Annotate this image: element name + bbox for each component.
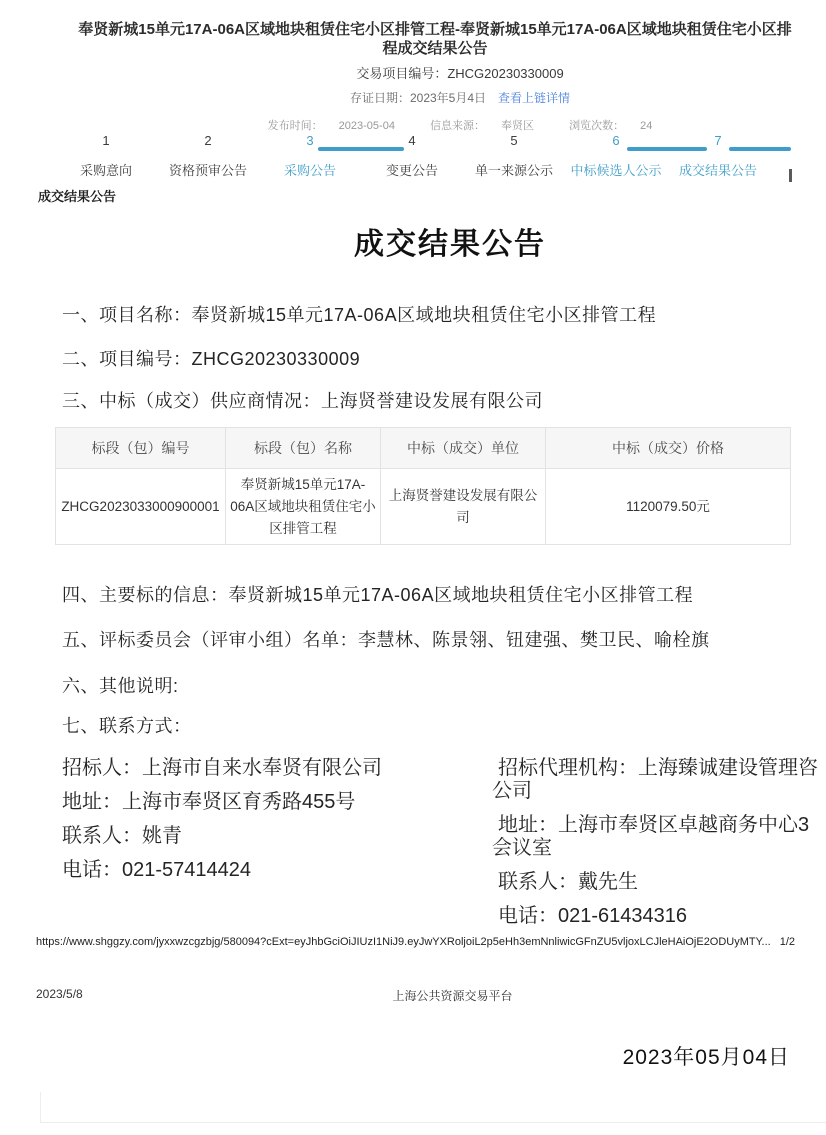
step-single-source: 5 单一来源公示 xyxy=(463,133,565,179)
agency-contact-block: 招标代理机构：上海臻诚建设管理咨 公司 地址：上海市奉贤区卓越商务中心3 会议室… xyxy=(492,757,826,928)
cert-date-row: 存证日期：2023年5月4日查看上链详情 xyxy=(0,89,826,106)
section-contact-info: 七、联系方式： xyxy=(62,712,192,738)
step-label: 单一来源公示 xyxy=(463,160,565,179)
step-label: 变更公告 xyxy=(361,160,463,179)
agency-name-line2: 公司 xyxy=(492,780,826,803)
announcement-date: 2023年05月04日 xyxy=(0,1041,790,1071)
agency-name-line1: 招标代理机构：上海臻诚建设管理咨 xyxy=(492,757,826,780)
agency-address-line1: 地址：上海市奉贤区卓越商务中心3 xyxy=(492,814,826,837)
cell-lot-number: ZHCG2023033000900001 xyxy=(56,469,226,545)
project-number-value: ZHCG20230330009 xyxy=(447,66,563,81)
cert-date-label: 存证日期： xyxy=(350,91,410,105)
column-header-winner: 中标（成交）单位 xyxy=(381,428,546,469)
section-project-name: 一、项目名称：奉贤新城15单元17A-06A区域地块租赁住宅小区排管工程 xyxy=(62,301,656,327)
project-number-label: 交易项目编号： xyxy=(356,66,447,81)
step-label: 采购公告 xyxy=(259,160,361,179)
cell-winner: 上海贤誉建设发展有限公司 xyxy=(381,469,546,545)
step-number: 2 xyxy=(157,133,259,149)
section-other-notes: 六、其他说明: xyxy=(62,672,179,698)
step-label: 成交结果公告 xyxy=(667,160,769,179)
award-result-table: 标段（包）编号 标段（包）名称 中标（成交）单位 中标（成交）价格 ZHCG20… xyxy=(55,427,791,545)
publish-info-row: 发布时间：2023-05-04 信息来源：奉贤区 浏览次数：24 xyxy=(0,117,826,133)
next-page-border-horizontal xyxy=(40,1122,826,1123)
cell-lot-name: 奉贤新城15单元17A-06A区域地块租赁住宅小区排管工程 xyxy=(226,469,381,545)
page-title: 成交结果公告 xyxy=(0,219,826,263)
tenderer-name: 招标人：上海市自来水奉贤有限公司 xyxy=(62,757,382,780)
project-number-row: 交易项目编号：ZHCG20230330009 xyxy=(0,63,826,82)
tenderer-contact-block: 招标人：上海市自来水奉贤有限公司 地址：上海市奉贤区育秀路455号 联系人：姚青… xyxy=(62,757,382,893)
agency-phone: 电话：021-61434316 xyxy=(492,905,826,928)
clipped-step-fragment xyxy=(789,169,792,182)
step-connector-line xyxy=(729,147,791,151)
step-purchase-intent: 1 采购意向 xyxy=(55,133,157,179)
step-prequalification: 2 资格预审公告 xyxy=(157,133,259,179)
table-row: ZHCG2023033000900001 奉贤新城15单元17A-06A区域地块… xyxy=(56,469,791,545)
cert-date-value: 2023年5月4日 xyxy=(410,91,486,105)
section-winning-supplier: 三、中标（成交）供应商情况：上海贤誉建设发展有限公司 xyxy=(62,387,543,413)
document-title: 奉贤新城15单元17A-06A区域地块租赁住宅小区排管工程-奉贤新城15单元17… xyxy=(0,20,826,58)
table-header-row: 标段（包）编号 标段（包）名称 中标（成交）单位 中标（成交）价格 xyxy=(56,428,791,469)
column-header-lot-name: 标段（包）名称 xyxy=(226,428,381,469)
step-candidate-publicity[interactable]: 6 中标候选人公示 xyxy=(565,133,667,179)
step-procurement-notice[interactable]: 3 采购公告 xyxy=(259,133,361,179)
agency-contact-person: 联系人：戴先生 xyxy=(492,871,826,894)
next-page-border-vertical xyxy=(40,1092,41,1122)
page-indicator: 1/2 xyxy=(780,936,795,948)
section-evaluation-committee: 五、评标委员会（评审小组）名单：李慧林、陈景翎、钮建强、樊卫民、喻栓旗 xyxy=(62,626,710,652)
document-title-line2: 程成交结果公告 xyxy=(0,39,826,58)
info-source: 信息来源：奉贤区 xyxy=(422,120,542,132)
view-chain-link[interactable]: 查看上链详情 xyxy=(498,91,570,105)
step-number: 1 xyxy=(55,133,157,149)
section-project-number: 二、项目编号：ZHCG20230330009 xyxy=(62,345,360,371)
step-label: 资格预审公告 xyxy=(157,160,259,179)
tenderer-phone: 电话：021-57414424 xyxy=(62,859,382,882)
tenderer-contact-person: 联系人：姚青 xyxy=(62,825,382,848)
announcement-page: { "colors": { "accent": "#3f9ec9", "link… xyxy=(0,0,826,1135)
column-header-lot-number: 标段（包）编号 xyxy=(56,428,226,469)
step-connector-line xyxy=(318,147,404,151)
section-subject-info: 四、主要标的信息：奉贤新城15单元17A-06A区域地块租赁住宅小区排管工程 xyxy=(62,581,693,607)
tenderer-address: 地址：上海市奉贤区育秀路455号 xyxy=(62,791,382,814)
cell-price: 1120079.50元 xyxy=(546,469,791,545)
view-count: 浏览次数：24 xyxy=(561,120,660,132)
step-connector-line xyxy=(627,147,707,151)
page-url: https://www.shggzy.com/jyxxwzcgzbjg/5800… xyxy=(36,936,771,948)
procurement-step-nav: 1 采购意向 2 资格预审公告 3 采购公告 4 变更公告 5 单一来源公示 6… xyxy=(0,133,826,191)
document-title-line1: 奉贤新城15单元17A-06A区域地块租赁住宅小区排管工程-奉贤新城15单元17… xyxy=(0,20,826,39)
step-label: 采购意向 xyxy=(55,160,157,179)
meta-block: 交易项目编号：ZHCG20230330009 存证日期：2023年5月4日查看上… xyxy=(0,63,826,133)
site-name: 上海公共资源交易平台 xyxy=(0,987,826,1004)
agency-address-line2: 会议室 xyxy=(492,837,826,860)
publish-time: 发布时间：2023-05-04 xyxy=(260,120,403,132)
step-label: 中标候选人公示 xyxy=(565,160,667,179)
print-url-row: https://www.shggzy.com/jyxxwzcgzbjg/5800… xyxy=(36,936,795,948)
step-change-notice: 4 变更公告 xyxy=(361,133,463,179)
column-header-price: 中标（成交）价格 xyxy=(546,428,791,469)
breadcrumb: 成交结果公告 xyxy=(38,186,116,205)
step-result-announcement[interactable]: 7 成交结果公告 xyxy=(667,133,769,179)
step-number: 5 xyxy=(463,133,565,149)
